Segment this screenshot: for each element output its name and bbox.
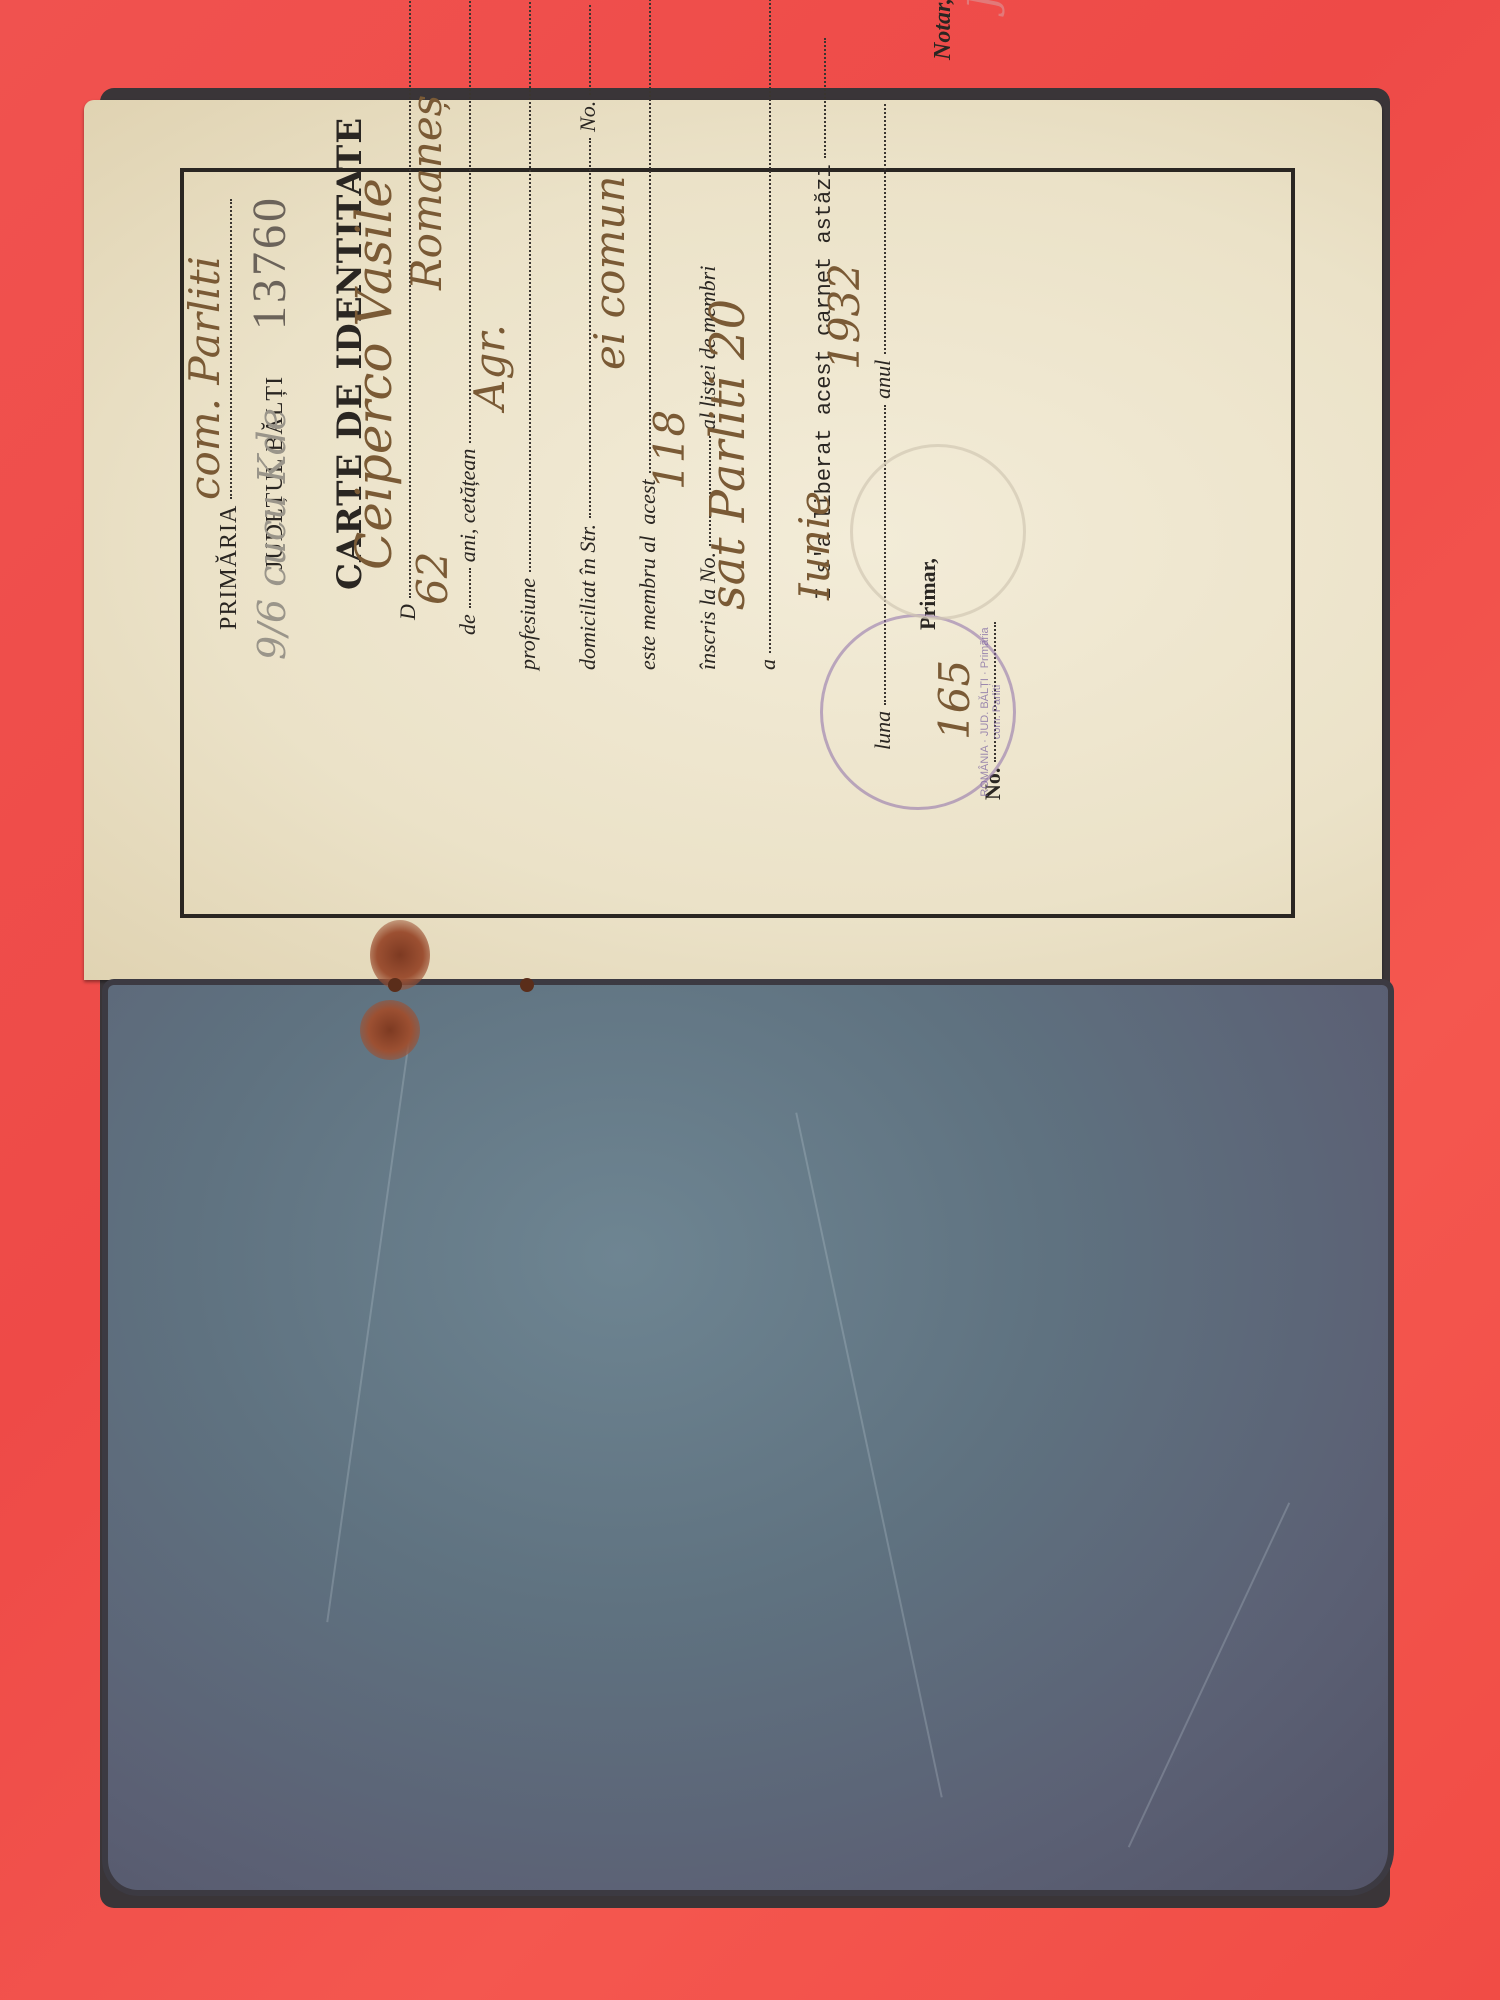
field-age-suffix: ani, cetățean <box>455 449 481 563</box>
field-age-label: de <box>455 614 481 635</box>
booklet-cover <box>108 985 1388 1890</box>
card-content: PRIMĂRIA com. Parliti JUDEȚUL BĂLȚI 1376… <box>180 160 1330 930</box>
field-street-no-label: No. <box>575 101 601 132</box>
field-registered-value: 118 <box>645 410 694 490</box>
field-citizenship-value: Romaneș <box>402 95 451 290</box>
field-member-label: este membru al <box>635 536 661 670</box>
field-member-value: ei comun <box>585 176 634 370</box>
field-name-label: D <box>395 604 421 620</box>
field-profession-row: profesiune <box>515 0 541 670</box>
violet-stamp-text: ROMÂNIA · JUD. BĂLȚI · Primăria com. Par… <box>979 617 1013 807</box>
cover-crease <box>795 1112 942 1797</box>
field-profession-dotted-line <box>529 0 531 572</box>
pencil-note: 9/6 cucu Kde <box>250 408 294 660</box>
cover-crease <box>326 1028 411 1622</box>
staple <box>388 978 402 992</box>
field-street-no-dotted-line <box>589 5 591 95</box>
field-profession-value: Agr. <box>465 324 514 410</box>
primaria-label: PRIMĂRIA <box>216 505 243 630</box>
field-profession-label: profesiune <box>515 578 541 670</box>
field-member-row: este membru al acest <box>635 0 661 670</box>
embossed-seal <box>850 444 1026 620</box>
field-issued-dotted-line <box>824 38 826 158</box>
field-locality-dotted-line <box>769 0 771 653</box>
field-locality-label: a <box>755 659 781 670</box>
field-locality-row: a <box>755 0 781 670</box>
field-year-value: 1932 <box>820 263 869 370</box>
serial-number: 13760 <box>242 195 297 330</box>
primaria-dotted-line <box>230 199 232 499</box>
field-year-dotted-line <box>884 104 886 354</box>
primaria-handwritten: com. Parliti <box>180 256 229 500</box>
field-year-label: anul <box>870 360 896 399</box>
field-address-label: domiciliat în Str. <box>575 524 601 670</box>
field-month-value: Iunie <box>790 491 839 600</box>
rust-stain <box>360 1000 420 1060</box>
field-age-dotted-line <box>469 568 471 608</box>
field-name-dotted-line <box>409 0 411 598</box>
field-age-value: 62 <box>408 552 457 605</box>
staple <box>520 978 534 992</box>
notary-signature: Jouge <box>960 0 1006 10</box>
notary-label: Notar, <box>930 0 957 60</box>
field-locality-value: sat Parliti 20 <box>700 299 756 610</box>
field-name-value: Ceiperco Vasile <box>345 178 403 570</box>
cover-crease <box>1128 1502 1290 1847</box>
violet-municipal-stamp: ROMÂNIA · JUD. BĂLȚI · Primăria com. Par… <box>820 614 1016 810</box>
field-age-row: de ani, cetățean <box>455 0 481 635</box>
field-member-dotted-line <box>649 0 651 473</box>
